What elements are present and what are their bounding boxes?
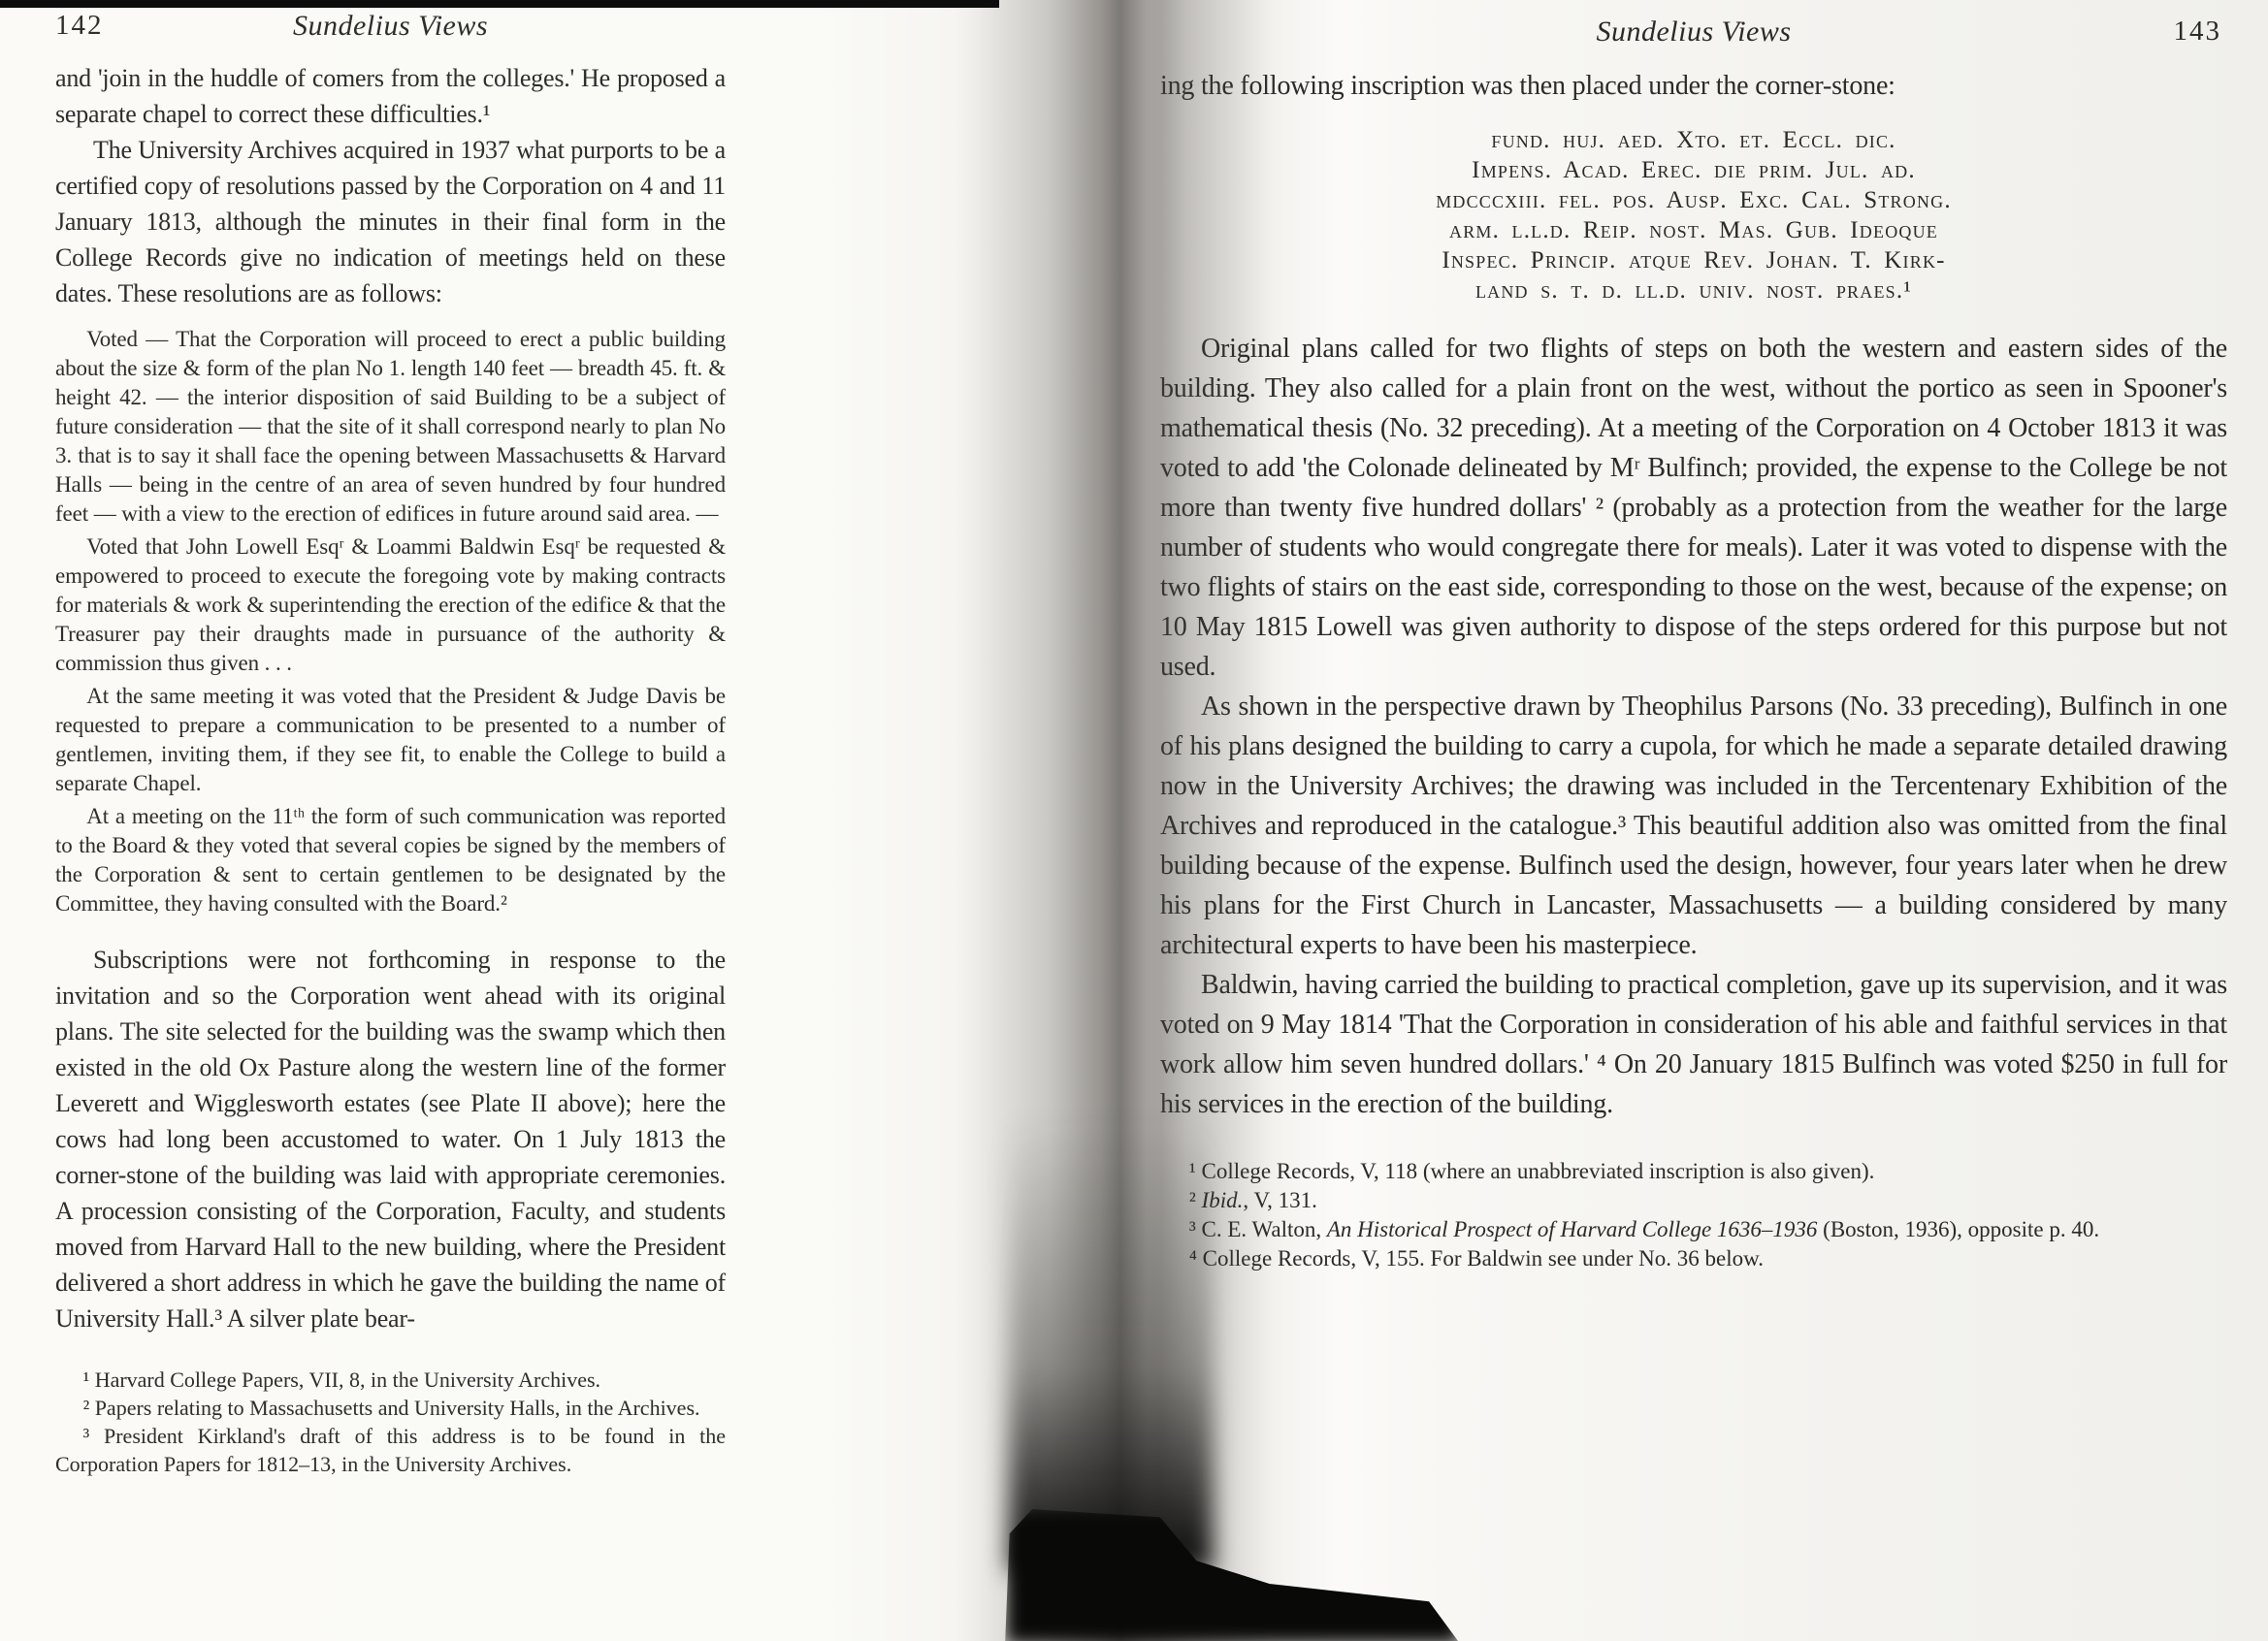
inscription-line: Impens. Acad. Erec. die prim. Jul. ad. [1160,155,2227,185]
scan-top-edge [0,0,999,8]
inscription-line: land s. t. d. ll.d. univ. nost. praes.¹ [1160,275,2227,306]
footnote-3: ³ President Kirkland's draft of this add… [55,1422,726,1478]
footnote-2: ² Ibid., V, 131. [1160,1186,2227,1215]
quote-meeting-11th: At a meeting on the 11ᵗʰ the form of suc… [55,802,726,918]
running-head-right: Sundelius Views [1160,16,2227,48]
footnote-4: ⁴ College Records, V, 155. For Baldwin s… [1160,1244,2227,1273]
page-143-footnotes: ¹ College Records, V, 118 (where an unab… [1160,1157,2227,1273]
footnote-1: ¹ College Records, V, 118 (where an unab… [1160,1157,2227,1186]
page-142-header: 142 Sundelius Views [55,10,726,50]
paragraph-archives: The University Archives acquired in 1937… [55,132,726,311]
resolution-quote-block: Voted — That the Corporation will procee… [55,325,726,918]
page-number-right: 143 [2174,16,2222,48]
page-142-footnotes: ¹ Harvard College Papers, VII, 8, in the… [55,1366,726,1478]
paragraph-inscription-intro: ing the following inscription was then p… [1160,66,2227,106]
page-143-header: Sundelius Views 143 [1160,16,2227,56]
inscription-line: fund. huj. aed. Xto. et. Eccl. dic. [1160,125,2227,155]
footnote-2-ibid: Ibid. [1202,1188,1244,1212]
paragraph-subscriptions: Subscriptions were not forthcoming in re… [55,942,726,1336]
quote-voted-building: Voted — That the Corporation will procee… [55,325,726,529]
footnote-2-rest: , V, 131. [1243,1188,1316,1212]
footnote-1: ¹ Harvard College Papers, VII, 8, in the… [55,1366,726,1394]
inscription-line: mdcccxiii. fel. pos. Ausp. Exc. Cal. Str… [1160,185,2227,215]
paragraph-baldwin: Baldwin, having carried the building to … [1160,965,2227,1124]
footnote-2: ² Papers relating to Massachusetts and U… [55,1394,726,1422]
footnote-3-title: An Historical Prospect of Harvard Colleg… [1327,1217,1818,1241]
footnote-3-rest: (Boston, 1936), opposite p. 40. [1817,1217,2099,1241]
inscription-line: Inspec. Princip. atque Rev. Johan. T. Ki… [1160,245,2227,275]
inscription-line: arm. l.l.d. Reip. nost. Mas. Gub. Ideoqu… [1160,215,2227,245]
page-143: Sundelius Views 143 ing the following in… [1160,16,2227,1625]
corner-stone-inscription: fund. huj. aed. Xto. et. Eccl. dic. Impe… [1160,125,2227,306]
quote-voted-lowell-baldwin: Voted that John Lowell Esqʳ & Loammi Bal… [55,532,726,678]
running-head-left: Sundelius Views [55,10,726,43]
paragraph-perspective: As shown in the perspective drawn by The… [1160,687,2227,965]
page-142: 142 Sundelius Views and 'join in the hud… [55,10,726,1620]
quote-same-meeting: At the same meeting it was voted that th… [55,682,726,798]
footnote-3-author: ³ C. E. Walton, [1189,1217,1327,1241]
paragraph-continuation: and 'join in the huddle of comers from t… [55,60,726,132]
footnote-2-marker: ² [1189,1188,1202,1212]
footnote-3: ³ C. E. Walton, An Historical Prospect o… [1160,1215,2227,1244]
paragraph-original-plans: Original plans called for two flights of… [1160,329,2227,687]
book-scan: 142 Sundelius Views and 'join in the hud… [0,0,2268,1641]
